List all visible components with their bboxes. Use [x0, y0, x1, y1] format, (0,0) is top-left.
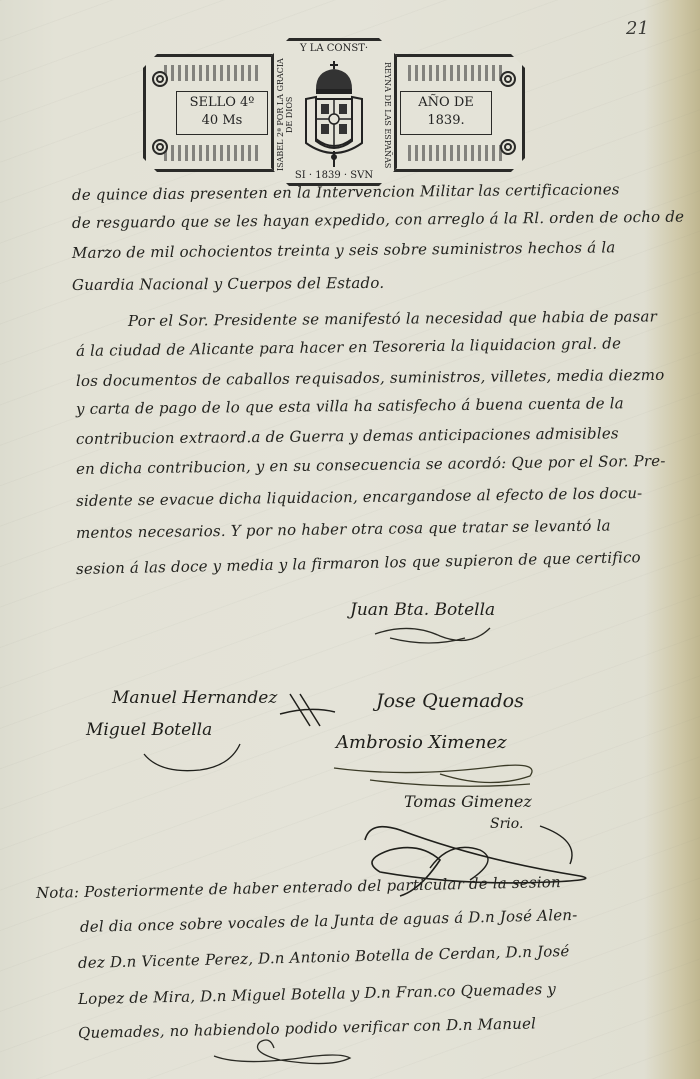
text-line: á la ciudad de Alicante para hacer en Te…	[76, 334, 621, 360]
stamp-center-panel: Y LA CONST· ISABEL 2ª POR LA GRACIA DE D…	[271, 38, 397, 186]
text-line: Guardia Nacional y Cuerpos del Estado.	[72, 274, 384, 294]
text-line: y carta de pago de lo que esta villa ha …	[76, 394, 624, 418]
text-flourish	[210, 1034, 360, 1070]
signature-secretary-name: Tomas Gimenez	[404, 792, 532, 811]
ring-ornament-icon	[500, 139, 516, 155]
text-line: en dicha contribucion, y en su consecuen…	[76, 452, 666, 478]
page-number: 21	[626, 18, 649, 39]
text-line: sidente se evacue dicha liquidacion, enc…	[76, 484, 643, 510]
manuscript-page: 21 SELLO 4º 40 Ms AÑO DE 1839. Y LA CONS…	[0, 0, 700, 1079]
signature-flourish	[370, 622, 500, 652]
stamp-value-label: SELLO 4º 40 Ms	[176, 91, 268, 135]
signature-jose: Jose Quemados	[376, 690, 524, 712]
text-line: de resguardo que se les hayan expedido, …	[72, 208, 684, 232]
signature-rubric	[140, 740, 250, 780]
royal-coat-of-arms-icon	[302, 59, 366, 169]
text-line: Lopez de Mira, D.n Miguel Botella y D.n …	[78, 980, 556, 1008]
signature-rubric	[280, 690, 340, 730]
stamp-left-panel: SELLO 4º 40 Ms	[143, 54, 278, 172]
text-line: sesion á las doce y media y la firmaron …	[76, 548, 641, 578]
signature-ambrosio: Ambrosio Ximenez	[336, 732, 507, 753]
ring-ornament-icon	[500, 71, 516, 87]
signature-president: Juan Bta. Botella	[350, 600, 495, 620]
text-line: Por el Sor. Presidente se manifestó la n…	[128, 307, 657, 330]
text-line: dez D.n Vicente Perez, D.n Antonio Botel…	[78, 942, 570, 972]
stamp-right-panel: AÑO DE 1839.	[390, 54, 525, 172]
signature-miguel: Miguel Botella	[86, 720, 212, 740]
signature-rubric	[330, 756, 550, 796]
ring-ornament-icon	[152, 139, 168, 155]
text-line: del dia once sobre vocales de la Junta d…	[80, 906, 578, 936]
text-line: Marzo de mil ochocientos treinta y seis …	[72, 238, 616, 262]
signature-manuel: Manuel Hernandez	[112, 688, 277, 708]
text-line: contribucion extraord.a de Guerra y dema…	[76, 424, 619, 448]
stamp-year-label: AÑO DE 1839.	[400, 91, 492, 135]
text-line: mentos necesarios. Y por no haber otra c…	[76, 517, 611, 542]
text-line: los documentos de caballos requisados, s…	[76, 366, 665, 390]
ring-ornament-icon	[152, 71, 168, 87]
revenue-stamp: SELLO 4º 40 Ms AÑO DE 1839. Y LA CONST· …	[143, 38, 525, 186]
